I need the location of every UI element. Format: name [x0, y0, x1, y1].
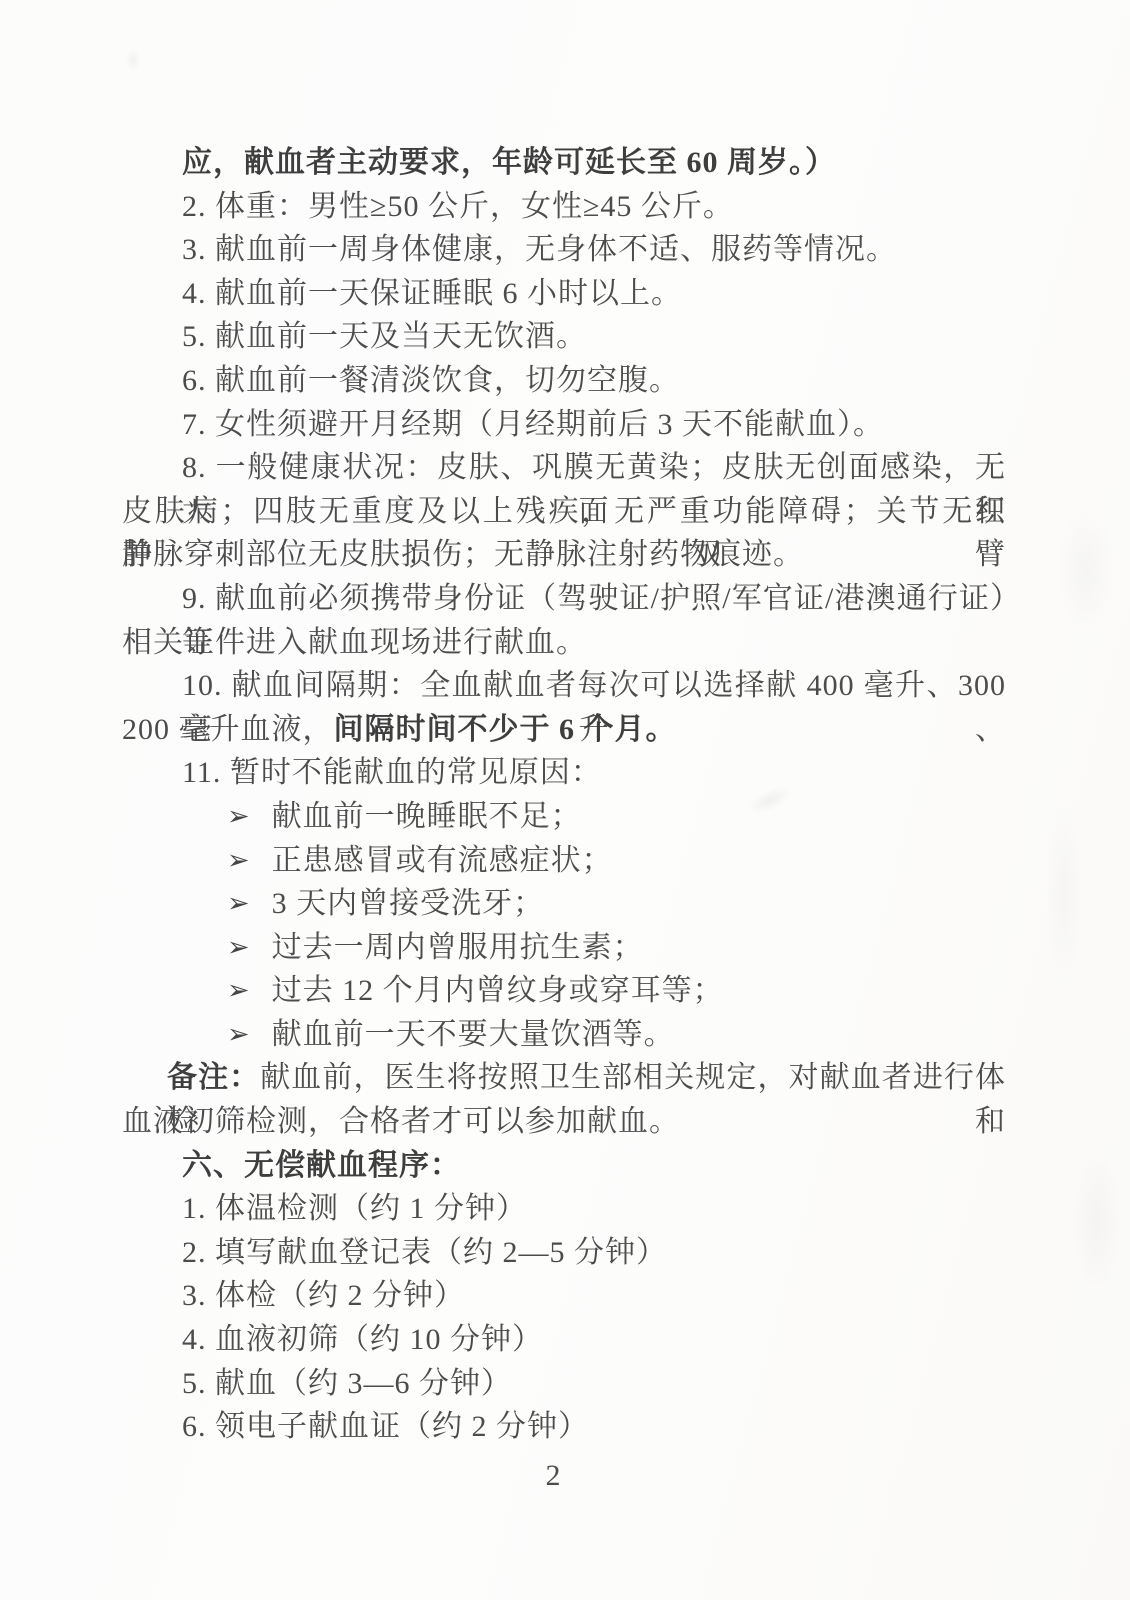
- text-segment: 正患感冒或有流感症状；: [272, 844, 613, 877]
- text-segment: 7. 女性须避开月经期（月经期前后 3 天不能献血）。: [182, 408, 884, 441]
- text-segment: 过去一周内曾服用抗生素；: [272, 931, 644, 964]
- scan-artifact: [118, 40, 148, 80]
- text-line: 7. 女性须避开月经期（月经期前后 3 天不能献血）。: [122, 403, 1006, 447]
- text-segment: 备注：: [167, 1061, 260, 1094]
- text-segment: 六、无偿献血程序：: [182, 1149, 461, 1182]
- text-segment: 献血前一晚睡眠不足；: [272, 800, 582, 833]
- text-line: 10. 献血间隔期：全血献血者每次可以选择献 400 毫升、300 毫升、: [122, 664, 1006, 708]
- text-line: 2. 体重：男性≥50 公斤，女性≥45 公斤。: [122, 185, 1006, 229]
- text-segment: 6. 献血前一餐清淡饮食，切勿空腹。: [182, 364, 680, 397]
- scan-artifact: [1020, 180, 1130, 1480]
- text-line: 5. 献血（约 3—6 分钟）: [122, 1362, 1006, 1406]
- text-segment: 4. 血液初筛（约 10 分钟）: [182, 1323, 543, 1356]
- bullet-line: ➢3 天内曾接受洗牙；: [122, 882, 1006, 926]
- page-number: 2: [0, 1459, 1106, 1493]
- text-segment: 过去 12 个月内曾纹身或穿耳等；: [272, 974, 724, 1007]
- text-line: 六、无偿献血程序：: [122, 1144, 1006, 1188]
- bullet-line: ➢献血前一晚睡眠不足；: [122, 795, 1006, 839]
- bullet-line: ➢过去一周内曾服用抗生素；: [122, 926, 1006, 970]
- text-segment: 3. 献血前一周身体健康，无身体不适、服药等情况。: [182, 233, 897, 266]
- text-line: 皮肤病；四肢无重度及以上残疾，无严重功能障碍；关节无红肿；双臂: [122, 490, 1006, 534]
- arrow-bullet-icon: ➢: [227, 795, 251, 839]
- text-segment: 相关证件进入献血现场进行献血。: [122, 626, 587, 659]
- text-segment: 6. 领电子献血证（约 2 分钟）: [182, 1410, 589, 1443]
- text-segment: 5. 献血（约 3—6 分钟）: [182, 1367, 512, 1400]
- text-segment: 11. 暂时不能献血的常见原因：: [182, 756, 602, 789]
- arrow-bullet-icon: ➢: [227, 1013, 251, 1057]
- text-segment: 3 天内曾接受洗牙；: [272, 887, 545, 920]
- text-segment: 3. 体检（约 2 分钟）: [182, 1279, 465, 1312]
- text-line: 1. 体温检测（约 1 分钟）: [122, 1187, 1006, 1231]
- text-segment: 献血前一天不要大量饮酒等。: [272, 1018, 675, 1051]
- text-line: 3. 献血前一周身体健康，无身体不适、服药等情况。: [122, 228, 1006, 272]
- text-line: 8. 一般健康状况：皮肤、巩膜无黄染；皮肤无创面感染，无大面积: [122, 446, 1006, 490]
- text-segment: 200 毫升血液，: [122, 713, 334, 746]
- text-line: 5. 献血前一天及当天无饮酒。: [122, 315, 1006, 359]
- text-line: 应，献血者主动要求，年龄可延长至 60 周岁。）: [122, 141, 1006, 185]
- text-segment: 应，献血者主动要求，年龄可延长至 60 周岁。）: [182, 146, 836, 179]
- arrow-bullet-icon: ➢: [227, 926, 251, 970]
- text-line: 6. 献血前一餐清淡饮食，切勿空腹。: [122, 359, 1006, 403]
- text-line: 3. 体检（约 2 分钟）: [122, 1274, 1006, 1318]
- text-segment: 间隔时间不少于 6 个月。: [334, 713, 677, 746]
- scanned-document-page: 应，献血者主动要求，年龄可延长至 60 周岁。）2. 体重：男性≥50 公斤，女…: [0, 0, 1130, 1600]
- text-line: 4. 血液初筛（约 10 分钟）: [122, 1318, 1006, 1362]
- text-line: 11. 暂时不能献血的常见原因：: [122, 751, 1006, 795]
- arrow-bullet-icon: ➢: [227, 969, 251, 1013]
- text-segment: 2. 体重：男性≥50 公斤，女性≥45 公斤。: [182, 190, 734, 223]
- text-segment: 1. 体温检测（约 1 分钟）: [182, 1192, 527, 1225]
- arrow-bullet-icon: ➢: [227, 882, 251, 926]
- text-line: 备注：献血前，医生将按照卫生部相关规定，对献血者进行体检和: [122, 1056, 1006, 1100]
- text-segment: 血液初筛检测，合格者才可以参加献血。: [122, 1105, 680, 1138]
- text-segment: 静脉穿刺部位无皮肤损伤；无静脉注射药物痕迹。: [122, 538, 804, 571]
- text-line: 9. 献血前必须携带身份证（驾驶证/护照/军官证/港澳通行证）等: [122, 577, 1006, 621]
- text-segment: 5. 献血前一天及当天无饮酒。: [182, 320, 587, 353]
- bullet-line: ➢献血前一天不要大量饮酒等。: [122, 1013, 1006, 1057]
- text-segment: 4. 献血前一天保证睡眠 6 小时以上。: [182, 277, 682, 310]
- document-body: 应，献血者主动要求，年龄可延长至 60 周岁。）2. 体重：男性≥50 公斤，女…: [122, 141, 1006, 1449]
- text-line: 2. 填写献血登记表（约 2—5 分钟）: [122, 1231, 1006, 1275]
- arrow-bullet-icon: ➢: [227, 839, 251, 883]
- text-line: 6. 领电子献血证（约 2 分钟）: [122, 1405, 1006, 1449]
- bullet-line: ➢正患感冒或有流感症状；: [122, 839, 1006, 883]
- text-line: 相关证件进入献血现场进行献血。: [122, 621, 1006, 665]
- text-line: 4. 献血前一天保证睡眠 6 小时以上。: [122, 272, 1006, 316]
- text-segment: 2. 填写献血登记表（约 2—5 分钟）: [182, 1236, 667, 1269]
- bullet-line: ➢过去 12 个月内曾纹身或穿耳等；: [122, 969, 1006, 1013]
